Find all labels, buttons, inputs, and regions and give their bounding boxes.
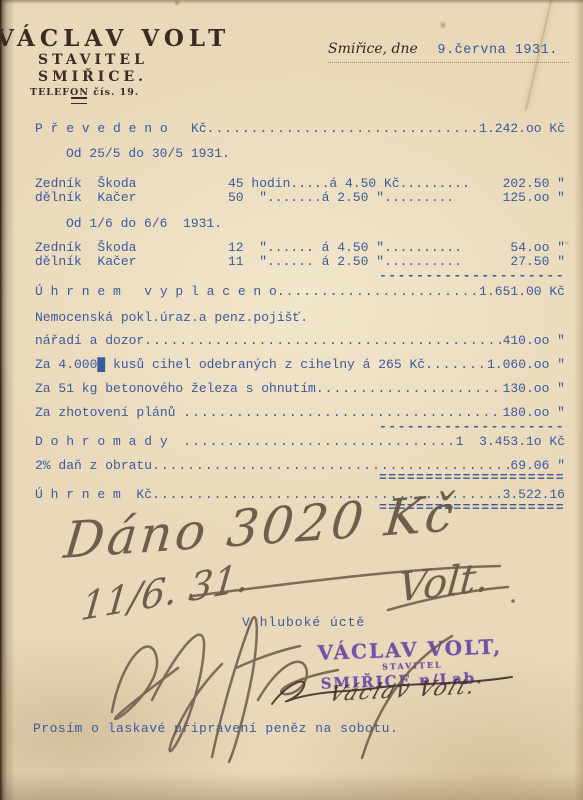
dot-leader: ........................................… [277,284,479,300]
dashed-rule: -------------------- [35,419,565,435]
line-dohromady: D o h r o m a d y ......................… [35,434,565,450]
rule-text: -------------------- [379,268,565,283]
rule-text: -------------------- [379,419,565,434]
worker-name: dělník Kačer [35,190,136,206]
line-cihly: Za 4.000█ kusů cihel odebraných z ciheln… [35,357,565,373]
footer-request: Prosím o laskavé připravení peněz na sob… [33,721,398,736]
period-heading: Od 25/5 do 30/5 1931. [35,146,565,162]
scanned-invoice-document: VÁCLAV VOLT STAVITEL SMIŘICE. TELEFON čí… [0,0,583,800]
dot-leader: ........................................… [144,333,502,349]
line-label: nářadí a dozor [35,333,144,349]
line-amount: 1 3.453.1o Kč [456,434,565,450]
dashed-rule: -------------------- [35,268,565,284]
line-amount: 1.060.oo " [487,357,565,373]
heading-text: Od 1/6 do 6/6 1931. [66,216,222,231]
line-uhrnem-vyplaceno: Ú h r n e m v y p l a c e n o...........… [35,284,565,300]
salutation: V hluboké úctě [242,615,365,630]
dot-leader: ........................................… [183,434,456,450]
line-naradi-dozor: nářadí a dozor..........................… [35,333,565,349]
line-zelezo: Za 51 kg betonového železa s ohnutím....… [35,381,565,397]
line-insurance-note: Nemocenská pokl.úraz.a penz.pojišť. [35,310,565,326]
hours-rate: 50 ".......á 2.50 "......... [228,190,454,206]
line-label: Ú h r n e m v y p l a c e n o [35,284,277,300]
line-label: D o h r o m a d y [35,434,183,450]
line-amount: 1.651.00 Kč [479,284,565,300]
line-amount: 130.oo " [503,381,565,397]
line-amount: 1.242.oo Kč [479,121,565,137]
period-heading: Od 1/6 do 6/6 1931. [35,216,565,232]
row-amount: 125.oo " [503,190,565,206]
heading-text: Od 25/5 do 30/5 1931. [66,146,230,161]
dot-leader: ........................................… [207,121,480,137]
line-amount: 410.oo " [503,333,565,349]
line-label: P ř e v e d e n o Kč [35,121,207,137]
dot-leader: ........................................… [316,381,503,397]
line-label: Za 4.000█ kusů cihel odebraných z ciheln… [35,357,425,373]
line-prevedeno: P ř e v e d e n o Kč....................… [35,121,565,137]
dot-leader: ........................................… [425,357,487,373]
double-rule: ==================== [35,470,565,486]
line-label: Za 51 kg betonového železa s ohnutím [35,381,316,397]
work-row: dělník Kačer 50 ".......á 2.50 "........… [35,190,565,206]
rule-text: ==================== [379,470,565,485]
note-text: Nemocenská pokl.úraz.a penz.pojišť. [35,310,308,325]
